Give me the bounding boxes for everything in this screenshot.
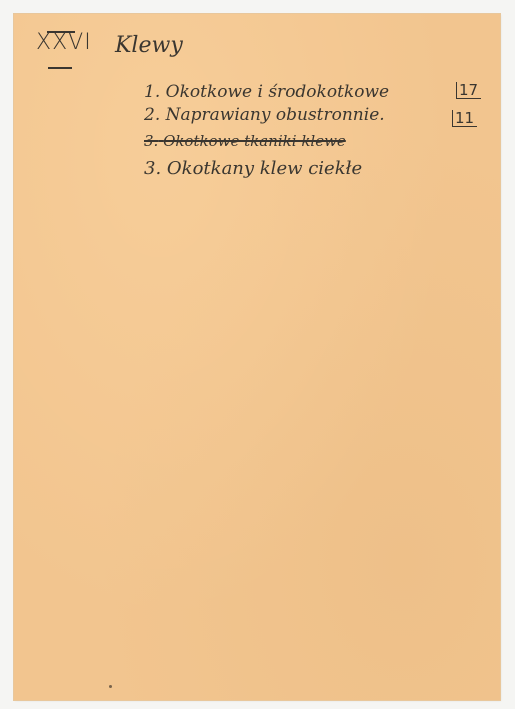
list-item: 2. Naprawiany obustronnie. xyxy=(144,107,385,124)
item-text: Okotkowe tkaniki klewe xyxy=(163,132,346,150)
list-item: 1. Okotkowe i środokotkowe xyxy=(144,84,389,101)
list-item: 3. Okotkany klew ciekłe xyxy=(144,160,362,178)
item-text: Naprawiany obustronnie. xyxy=(166,105,385,125)
scan-background: XXVI Klewy 1. Okotkowe i środokotkowe 17… xyxy=(0,0,515,709)
item-text: Okotkowe i środokotkowe xyxy=(166,82,389,102)
item-number: 3. xyxy=(144,158,161,179)
item-count: 17 xyxy=(456,82,481,99)
list-item-struck-through: 3. Okotkowe tkaniki klewe xyxy=(144,134,346,149)
item-text: Okotkany klew ciekłe xyxy=(167,158,362,179)
item-count: 11 xyxy=(452,110,477,127)
roman-numeral-underline xyxy=(48,67,72,69)
item-number: 1. xyxy=(144,82,160,102)
paper-speck xyxy=(109,685,112,688)
section-roman-numeral: XXVI xyxy=(36,32,92,54)
item-number: 3. xyxy=(144,132,158,150)
item-number: 2. xyxy=(144,105,160,125)
section-title: Klewy xyxy=(115,35,183,57)
